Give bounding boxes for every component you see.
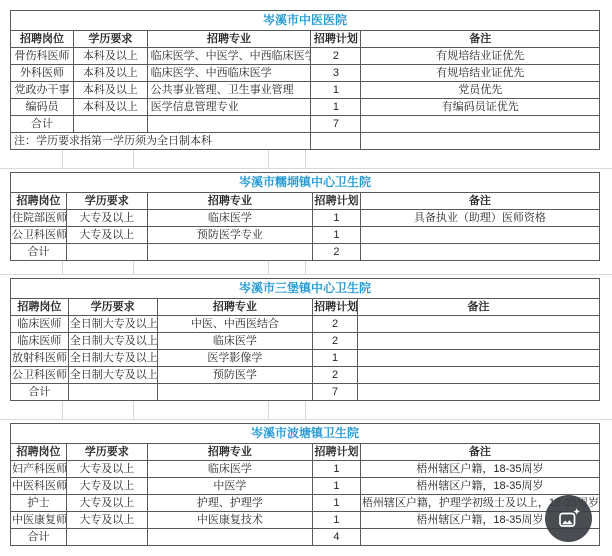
cell-plan: 1 bbox=[313, 512, 361, 529]
col-header-post: 招聘岗位 bbox=[11, 299, 69, 316]
edit-image-fab[interactable] bbox=[545, 495, 592, 542]
col-header-plan: 招聘计划 bbox=[313, 299, 358, 316]
grid-gap bbox=[10, 150, 600, 172]
cell-post: 公卫科医师 bbox=[11, 227, 67, 244]
total-plan: 4 bbox=[313, 529, 361, 546]
cell-education: 本科及以上 bbox=[74, 65, 148, 82]
cell-post: 公卫科医师 bbox=[11, 367, 69, 384]
table-row: 编码员本科及以上医学信息管理专业1有编码员证优先 bbox=[11, 99, 600, 116]
col-header-education: 学历要求 bbox=[68, 299, 157, 316]
empty-cell bbox=[66, 244, 147, 261]
hospital-table-2: 岑溪市糯垌镇中心卫生院招聘岗位学历要求招聘专业招聘计划备注住院部医师大专及以上临… bbox=[10, 172, 600, 261]
cell-plan: 1 bbox=[313, 350, 358, 367]
table-row: 中医科医师大专及以上中医学1梧州辖区户籍，18-35周岁 bbox=[11, 478, 600, 495]
col-header-remarks: 备注 bbox=[360, 193, 599, 210]
cell-remarks bbox=[357, 350, 599, 367]
cell-remarks: 党员优先 bbox=[361, 82, 600, 99]
cell-education: 大专及以上 bbox=[66, 210, 147, 227]
cell-post: 妇产科医师 bbox=[11, 461, 67, 478]
empty-cell bbox=[361, 133, 600, 150]
col-header-remarks: 备注 bbox=[357, 299, 599, 316]
cell-post: 编码员 bbox=[11, 99, 74, 116]
cell-education: 全日制大专及以上 bbox=[68, 333, 157, 350]
hospital-title: 岑溪市三堡镇中心卫生院 bbox=[11, 279, 600, 299]
empty-cell bbox=[157, 384, 312, 401]
col-header-plan: 招聘计划 bbox=[311, 31, 361, 48]
total-row: 合计2 bbox=[11, 244, 600, 261]
cell-post: 护士 bbox=[11, 495, 67, 512]
faint-gridline-vertical bbox=[133, 150, 134, 168]
col-header-major: 招聘专业 bbox=[147, 193, 313, 210]
cell-remarks bbox=[360, 227, 599, 244]
faint-gridline-vertical bbox=[133, 261, 134, 274]
cell-major: 中医学 bbox=[147, 478, 313, 495]
faint-gridline-vertical bbox=[268, 150, 269, 168]
col-header-major: 招聘专业 bbox=[147, 31, 311, 48]
cell-remarks bbox=[357, 333, 599, 350]
col-header-remarks: 备注 bbox=[361, 31, 600, 48]
col-header-major: 招聘专业 bbox=[157, 299, 312, 316]
total-label: 合计 bbox=[11, 384, 69, 401]
grid-gap bbox=[10, 261, 600, 278]
table-header-row: 招聘岗位学历要求招聘专业招聘计划备注 bbox=[11, 299, 600, 316]
table-row: 公卫科医师大专及以上预防医学专业1 bbox=[11, 227, 600, 244]
grid-gap bbox=[10, 401, 600, 423]
empty-cell bbox=[361, 116, 600, 133]
cell-remarks: 梧州辖区户籍，18-35周岁 bbox=[360, 461, 599, 478]
faint-gridline-horizontal bbox=[0, 168, 612, 169]
cell-plan: 1 bbox=[313, 227, 361, 244]
total-plan: 7 bbox=[311, 116, 361, 133]
cell-major: 预防医学专业 bbox=[147, 227, 313, 244]
col-header-plan: 招聘计划 bbox=[313, 193, 361, 210]
cell-education: 大专及以上 bbox=[66, 461, 147, 478]
faint-gridline-vertical bbox=[62, 401, 63, 419]
empty-cell bbox=[147, 244, 313, 261]
cell-major: 临床医学、中西临床医学 bbox=[147, 65, 311, 82]
cell-remarks bbox=[357, 316, 599, 333]
cell-education: 大专及以上 bbox=[66, 478, 147, 495]
cell-post: 临床医师 bbox=[11, 316, 69, 333]
faint-gridline-horizontal bbox=[0, 274, 612, 275]
cell-post: 党政办干事 bbox=[11, 82, 74, 99]
cell-plan: 2 bbox=[313, 367, 358, 384]
hospital-title: 岑溪市波塘镇卫生院 bbox=[11, 424, 600, 444]
cell-plan: 1 bbox=[313, 461, 361, 478]
table-row: 公卫科医师全日制大专及以上预防医学2 bbox=[11, 367, 600, 384]
cell-education: 全日制大专及以上 bbox=[68, 367, 157, 384]
cell-plan: 1 bbox=[313, 478, 361, 495]
table-row: 中医康复师大专及以上中医康复技术1梧州辖区户籍，18-35周岁 bbox=[11, 512, 600, 529]
cell-post: 外科医师 bbox=[11, 65, 74, 82]
empty-cell bbox=[147, 116, 311, 133]
col-header-plan: 招聘计划 bbox=[313, 444, 361, 461]
cell-plan: 2 bbox=[311, 48, 361, 65]
col-header-remarks: 备注 bbox=[360, 444, 599, 461]
table-title-row: 岑溪市中医医院 bbox=[11, 11, 600, 31]
cell-remarks: 具备执业（助理）医师资格 bbox=[360, 210, 599, 227]
table-row: 党政办干事本科及以上公共事业管理、卫生事业管理1党员优先 bbox=[11, 82, 600, 99]
cell-post: 中医康复师 bbox=[11, 512, 67, 529]
cell-plan: 1 bbox=[311, 99, 361, 116]
empty-cell bbox=[360, 244, 599, 261]
col-header-education: 学历要求 bbox=[74, 31, 148, 48]
empty-cell bbox=[311, 133, 361, 150]
table-title-row: 岑溪市波塘镇卫生院 bbox=[11, 424, 600, 444]
cell-major: 公共事业管理、卫生事业管理 bbox=[147, 82, 311, 99]
cell-major: 医学影像学 bbox=[157, 350, 312, 367]
cell-education: 本科及以上 bbox=[74, 99, 148, 116]
cell-major: 临床医学 bbox=[147, 461, 313, 478]
faint-gridline-vertical bbox=[305, 150, 306, 168]
cell-education: 大专及以上 bbox=[66, 495, 147, 512]
table-row: 临床医师全日制大专及以上临床医学2 bbox=[11, 333, 600, 350]
table-row: 护士大专及以上护理、护理学1梧州辖区户籍，护理学初级士及以上，18-35周岁 bbox=[11, 495, 600, 512]
cell-major: 临床医学 bbox=[157, 333, 312, 350]
cell-post: 骨伤科医师 bbox=[11, 48, 74, 65]
total-row: 合计7 bbox=[11, 384, 600, 401]
cell-education: 大专及以上 bbox=[66, 227, 147, 244]
total-plan: 2 bbox=[313, 244, 361, 261]
table-header-row: 招聘岗位学历要求招聘专业招聘计划备注 bbox=[11, 444, 600, 461]
table-footnote: 注：学历要求指第一学历须为全日制本科 bbox=[11, 133, 311, 150]
cell-post: 放射科医师 bbox=[11, 350, 69, 367]
cell-education: 本科及以上 bbox=[74, 82, 148, 99]
cell-plan: 2 bbox=[313, 333, 358, 350]
faint-gridline-horizontal bbox=[0, 419, 612, 420]
footnote-row: 注：学历要求指第一学历须为全日制本科 bbox=[11, 133, 600, 150]
cell-plan: 1 bbox=[313, 495, 361, 512]
hospital-title: 岑溪市中医医院 bbox=[11, 11, 600, 31]
faint-gridline-vertical bbox=[62, 150, 63, 168]
col-header-education: 学历要求 bbox=[66, 193, 147, 210]
hospital-title: 岑溪市糯垌镇中心卫生院 bbox=[11, 173, 600, 193]
total-label: 合计 bbox=[11, 244, 67, 261]
cell-major: 预防医学 bbox=[157, 367, 312, 384]
cell-remarks: 有规培结业证优先 bbox=[361, 48, 600, 65]
total-row: 合计4 bbox=[11, 529, 600, 546]
cell-remarks: 有编码员证优先 bbox=[361, 99, 600, 116]
cell-plan: 1 bbox=[313, 210, 361, 227]
cell-education: 全日制大专及以上 bbox=[68, 316, 157, 333]
faint-gridline-vertical bbox=[268, 401, 269, 419]
cell-plan: 1 bbox=[311, 82, 361, 99]
table-row: 外科医师本科及以上临床医学、中西临床医学3有规培结业证优先 bbox=[11, 65, 600, 82]
cell-remarks: 梧州辖区户籍，18-35周岁 bbox=[360, 478, 599, 495]
col-header-major: 招聘专业 bbox=[147, 444, 313, 461]
cell-major: 临床医学、中医学、中西临床医学 bbox=[147, 48, 311, 65]
total-plan: 7 bbox=[313, 384, 358, 401]
spreadsheet-area: 岑溪市中医医院招聘岗位学历要求招聘专业招聘计划备注骨伤科医师本科及以上临床医学、… bbox=[10, 10, 600, 546]
empty-cell bbox=[357, 384, 599, 401]
faint-gridline-vertical bbox=[133, 401, 134, 419]
col-header-post: 招聘岗位 bbox=[11, 193, 67, 210]
total-label: 合计 bbox=[11, 116, 74, 133]
total-label: 合计 bbox=[11, 529, 67, 546]
cell-major: 医学信息管理专业 bbox=[147, 99, 311, 116]
cell-remarks bbox=[357, 367, 599, 384]
cell-post: 临床医师 bbox=[11, 333, 69, 350]
col-header-post: 招聘岗位 bbox=[11, 444, 67, 461]
cell-post: 中医科医师 bbox=[11, 478, 67, 495]
faint-gridline-vertical bbox=[268, 261, 269, 274]
faint-gridline-vertical bbox=[62, 261, 63, 274]
table-row: 放射科医师全日制大专及以上医学影像学1 bbox=[11, 350, 600, 367]
cell-education: 全日制大专及以上 bbox=[68, 350, 157, 367]
col-header-education: 学历要求 bbox=[66, 444, 147, 461]
table-title-row: 岑溪市糯垌镇中心卫生院 bbox=[11, 173, 600, 193]
cell-major: 护理、护理学 bbox=[147, 495, 313, 512]
empty-cell bbox=[147, 529, 313, 546]
empty-cell bbox=[74, 116, 148, 133]
table-header-row: 招聘岗位学历要求招聘专业招聘计划备注 bbox=[11, 31, 600, 48]
hospital-table-4: 岑溪市波塘镇卫生院招聘岗位学历要求招聘专业招聘计划备注妇产科医师大专及以上临床医… bbox=[10, 423, 600, 546]
cell-major: 中医康复技术 bbox=[147, 512, 313, 529]
cell-education: 本科及以上 bbox=[74, 48, 148, 65]
empty-cell bbox=[68, 384, 157, 401]
empty-cell bbox=[66, 529, 147, 546]
cell-education: 大专及以上 bbox=[66, 512, 147, 529]
cell-major: 中医、中西医结合 bbox=[157, 316, 312, 333]
cell-post: 住院部医师 bbox=[11, 210, 67, 227]
cell-plan: 2 bbox=[313, 316, 358, 333]
hospital-table-3: 岑溪市三堡镇中心卫生院招聘岗位学历要求招聘专业招聘计划备注临床医师全日制大专及以… bbox=[10, 278, 600, 401]
table-title-row: 岑溪市三堡镇中心卫生院 bbox=[11, 279, 600, 299]
cell-major: 临床医学 bbox=[147, 210, 313, 227]
table-row: 住院部医师大专及以上临床医学1具备执业（助理）医师资格 bbox=[11, 210, 600, 227]
faint-gridline-vertical bbox=[305, 261, 306, 274]
table-row: 临床医师全日制大专及以上中医、中西医结合2 bbox=[11, 316, 600, 333]
total-row: 合计7 bbox=[11, 116, 600, 133]
cell-remarks: 有规培结业证优先 bbox=[361, 65, 600, 82]
photo-sparkle-icon bbox=[557, 507, 581, 531]
table-row: 骨伤科医师本科及以上临床医学、中医学、中西临床医学2有规培结业证优先 bbox=[11, 48, 600, 65]
col-header-post: 招聘岗位 bbox=[11, 31, 74, 48]
hospital-table-1: 岑溪市中医医院招聘岗位学历要求招聘专业招聘计划备注骨伤科医师本科及以上临床医学、… bbox=[10, 10, 600, 150]
cell-plan: 3 bbox=[311, 65, 361, 82]
table-row: 妇产科医师大专及以上临床医学1梧州辖区户籍，18-35周岁 bbox=[11, 461, 600, 478]
table-header-row: 招聘岗位学历要求招聘专业招聘计划备注 bbox=[11, 193, 600, 210]
faint-gridline-vertical bbox=[305, 401, 306, 419]
